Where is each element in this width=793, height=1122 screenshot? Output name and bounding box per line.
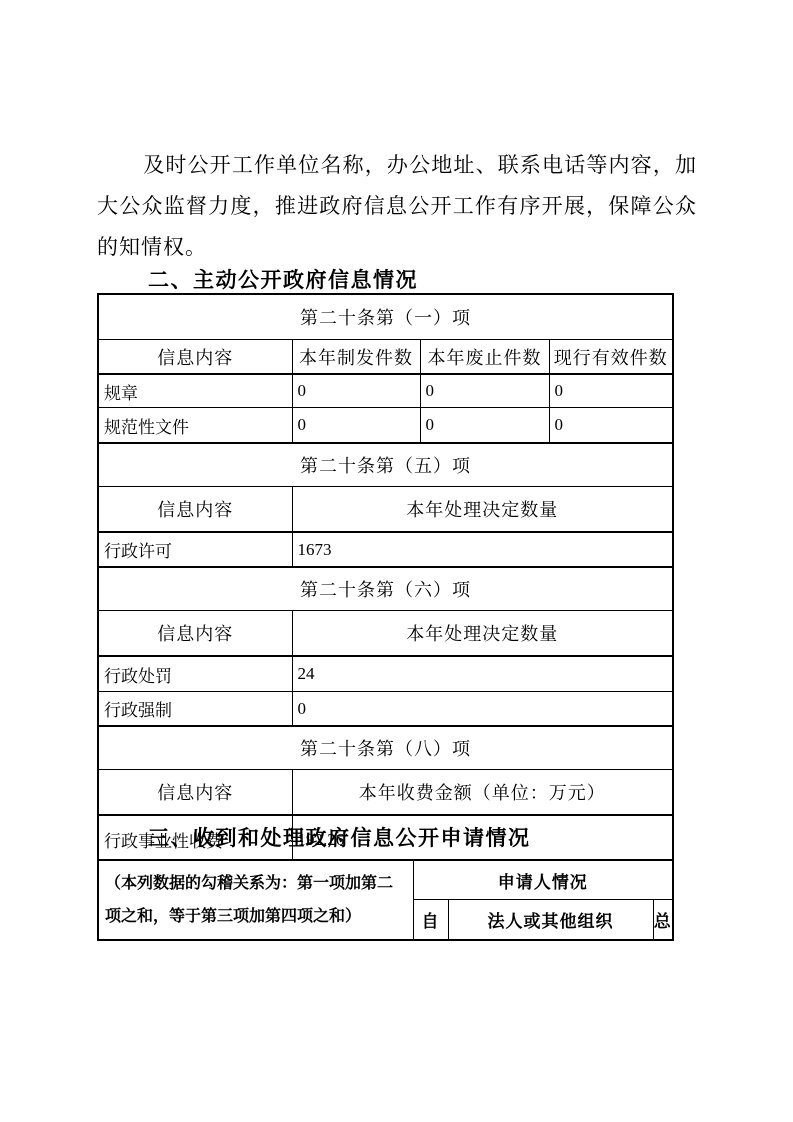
section-title-cell: 第二十条第（五）项 [98,443,673,487]
row-label-cell: 规章 [98,374,292,408]
table-row: 行政强制 0 [98,692,673,727]
section-title-cell: 第二十条第（一）项 [98,294,673,340]
column-header-cell: 本年废止件数 [420,340,549,375]
value-cell: 24 [292,656,673,692]
applicant-header-cell: 申请人情况 [413,860,673,900]
column-header-cell: 本年处理决定数量 [292,487,673,533]
row-label-cell: 行政许可 [98,532,292,567]
row-label-cell: 行政处罚 [98,656,292,692]
table-row: 信息内容 本年处理决定数量 [98,487,673,533]
document-page: 及时公开工作单位名称，办公地址、联系电话等内容，加大公众监督力度，推进政府信息公… [0,0,793,1122]
section-title-cell: 第二十条第（八）项 [98,726,673,770]
table-row: 信息内容 本年处理决定数量 [98,611,673,657]
table-row: （本列数据的勾稽关系为：第一项加第二项之和，等于第三项加第四项之和） 申请人情况 [98,860,673,900]
natural-person-column-cell: 自 [413,900,448,941]
table-row: 规范性文件 0 0 0 [98,408,673,444]
application-table: （本列数据的勾稽关系为：第一项加第二项之和，等于第三项加第四项之和） 申请人情况… [97,859,674,941]
column-header-cell: 信息内容 [98,487,292,533]
table-row: 规章 0 0 0 [98,374,673,408]
section-title-cell: 第二十条第（六）项 [98,567,673,611]
column-header-cell: 本年收费金额（单位：万元） [292,770,673,816]
table-row: 第二十条第（一）项 [98,294,673,340]
value-cell: 0 [420,374,549,408]
table-row: 行政许可 1673 [98,532,673,567]
column-header-cell: 本年制发件数 [292,340,420,375]
column-header-cell: 现行有效件数 [549,340,673,375]
value-cell: 0 [420,408,549,444]
value-cell: 0 [549,408,673,444]
column-header-cell: 本年处理决定数量 [292,611,673,657]
section3-heading: 三、收到和处理政府信息公开申请情况 [148,822,531,852]
value-cell: 0 [292,408,420,444]
column-header-cell: 信息内容 [98,611,292,657]
legal-org-column-cell: 法人或其他组织 [448,900,653,941]
row-label-cell: 行政强制 [98,692,292,727]
value-cell: 0 [292,374,420,408]
proactive-disclosure-table: 第二十条第（一）项 信息内容 本年制发件数 本年废止件数 现行有效件数 规章 0… [97,293,674,865]
table-row: 第二十条第（六）项 [98,567,673,611]
table-row: 行政处罚 24 [98,656,673,692]
column-header-cell: 信息内容 [98,770,292,816]
column-header-cell: 信息内容 [98,340,292,375]
table-row: 信息内容 本年收费金额（单位：万元） [98,770,673,816]
intro-paragraph: 及时公开工作单位名称，办公地址、联系电话等内容，加大公众监督力度，推进政府信息公… [97,145,697,268]
value-cell: 1673 [292,532,673,567]
value-cell: 0 [292,692,673,727]
value-cell: 0 [549,374,673,408]
table-row: 第二十条第（八）项 [98,726,673,770]
total-column-cell: 总 [653,900,673,941]
note-cell: （本列数据的勾稽关系为：第一项加第二项之和，等于第三项加第四项之和） [98,860,413,940]
table-row: 信息内容 本年制发件数 本年废止件数 现行有效件数 [98,340,673,375]
row-label-cell: 规范性文件 [98,408,292,444]
table-row: 第二十条第（五）项 [98,443,673,487]
section2-heading: 二、主动公开政府信息情况 [148,264,418,294]
